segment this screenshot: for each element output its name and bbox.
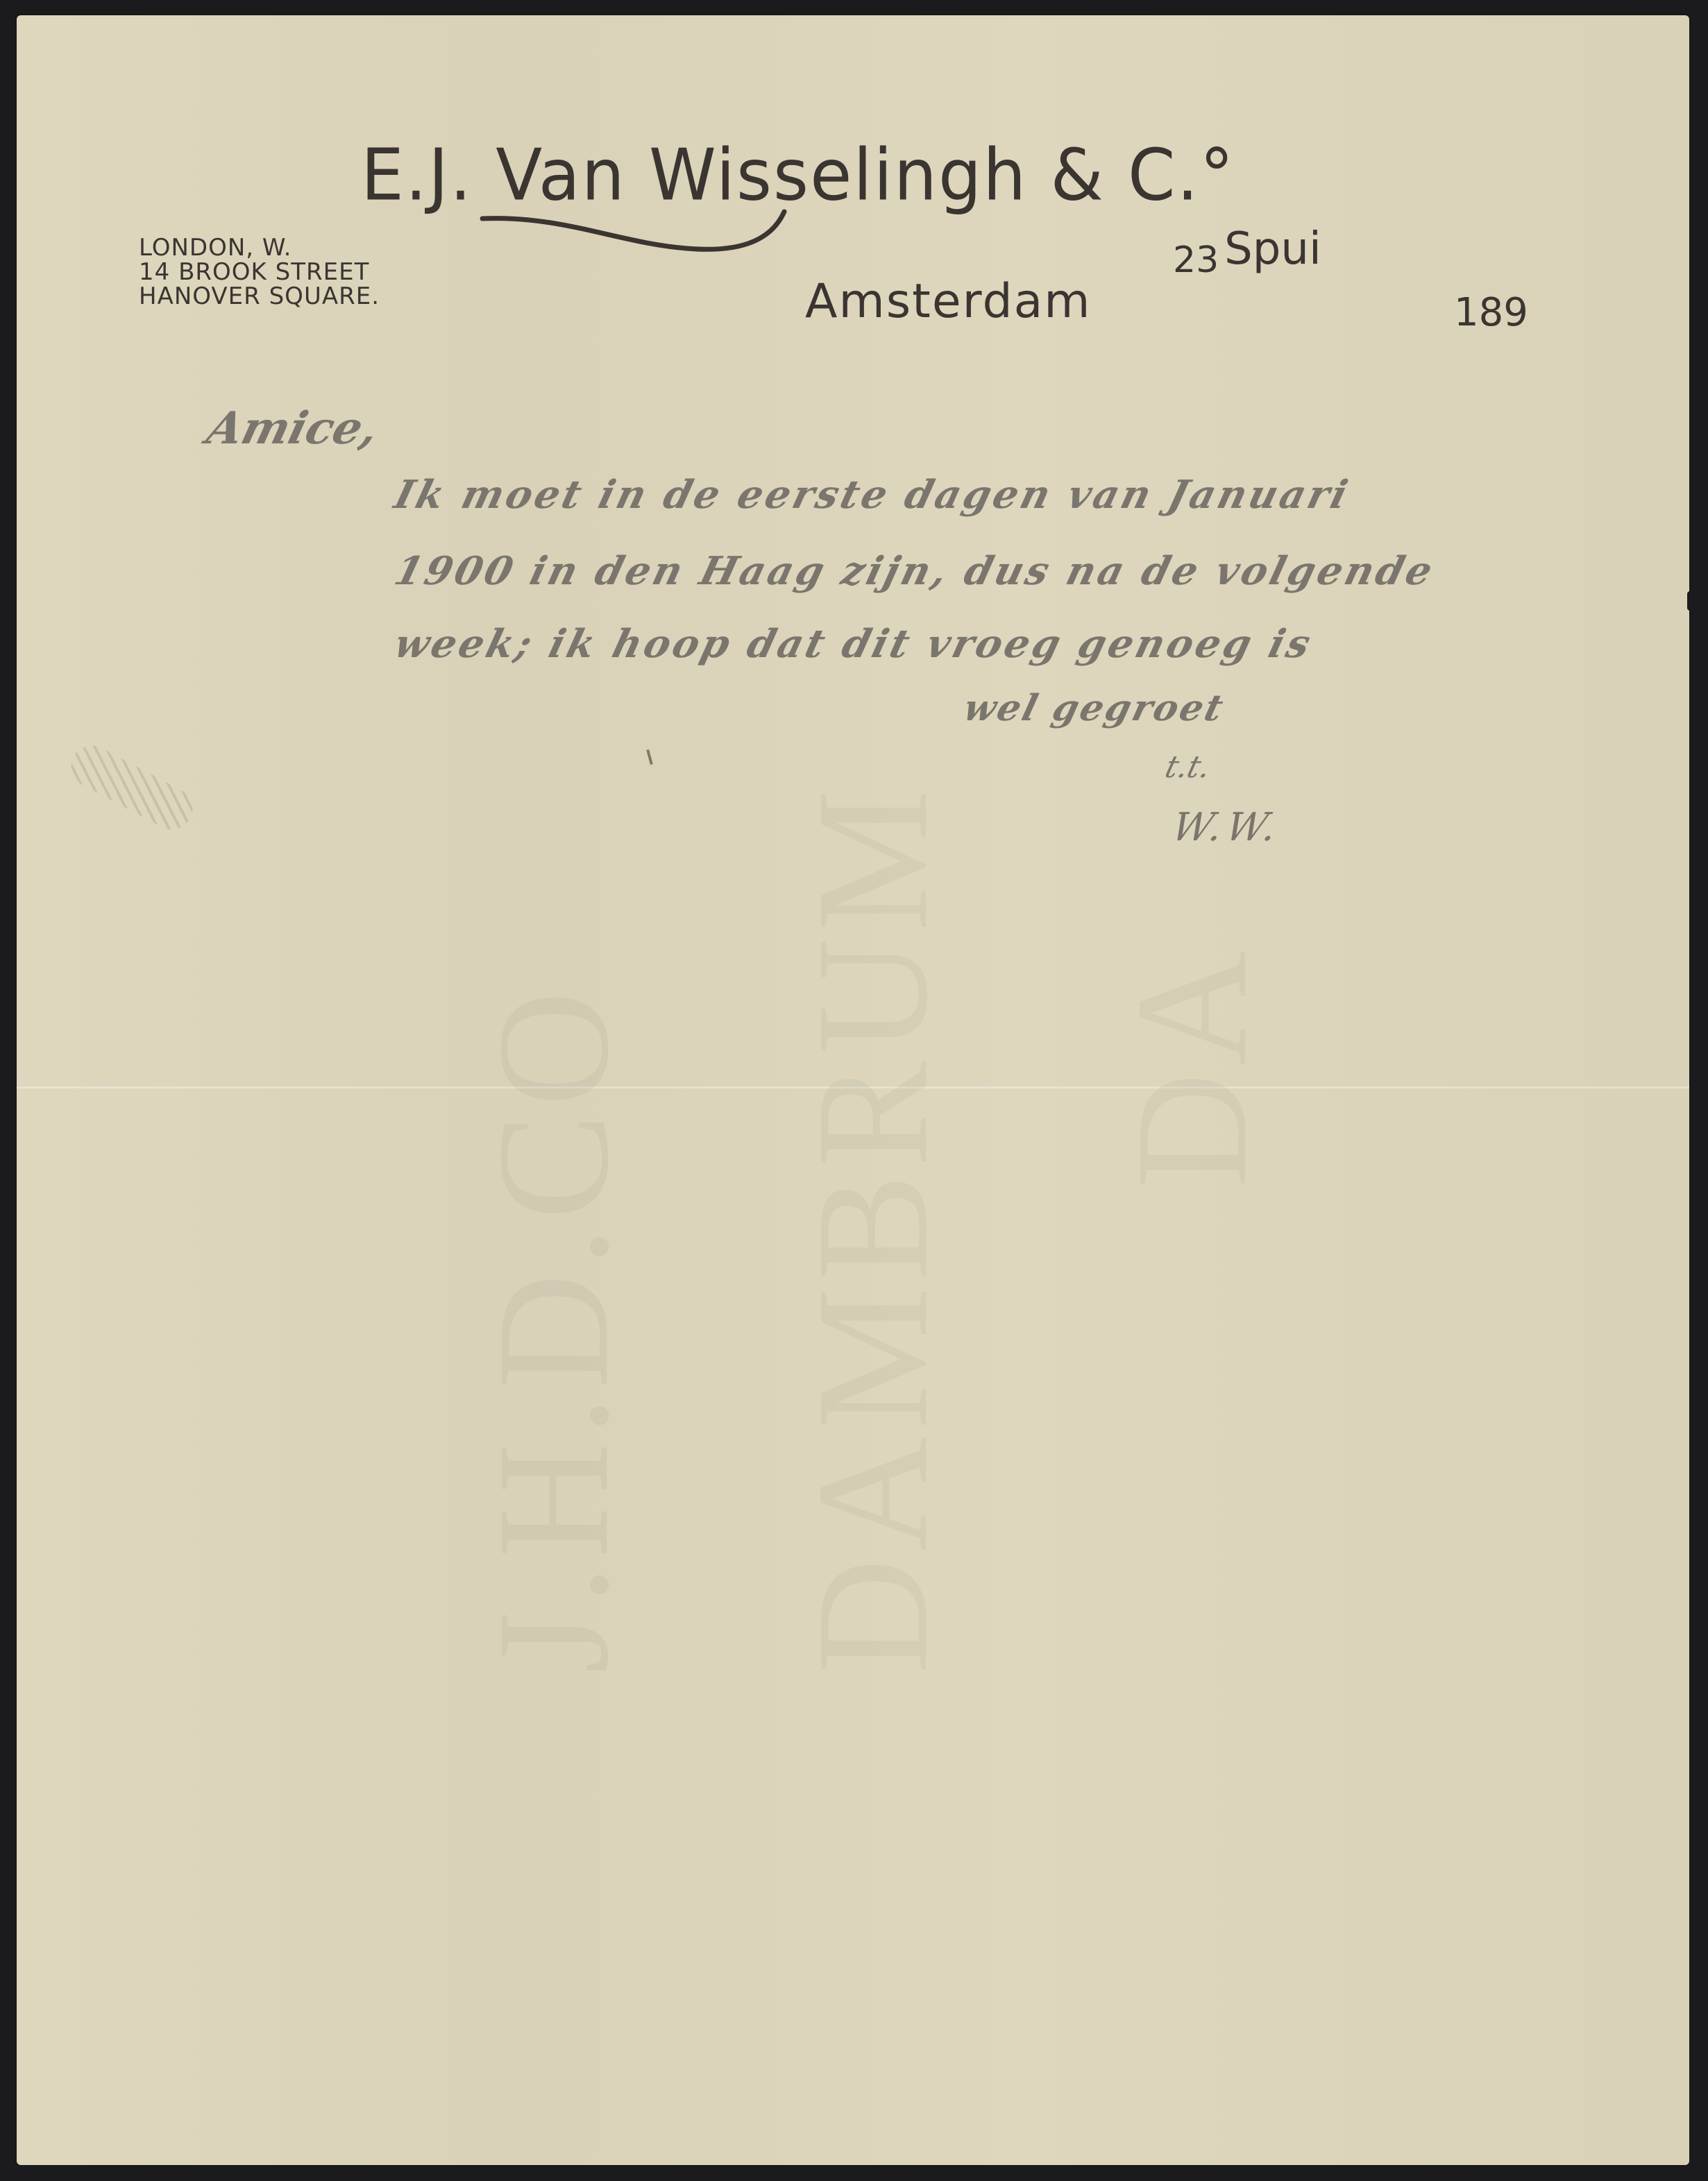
letter-closing: wel gegroet xyxy=(959,687,1229,729)
letterhead-year-prefix: 189 xyxy=(1454,290,1528,335)
street-name: Spui xyxy=(1224,223,1321,275)
letter-signature: W.W. xyxy=(1167,805,1286,850)
letterhead-london-address: LONDON, W. 14 BROOK STREET HANOVER SQUAR… xyxy=(139,236,380,309)
paper-edge-tear xyxy=(1687,591,1693,611)
watermark-left: J.H.D.CO xyxy=(461,984,645,1674)
letter-body-line-3: week; ik hoop dat dit vroeg genoeg is xyxy=(390,621,1318,667)
london-address-line-2: 14 BROOK STREET xyxy=(139,260,380,285)
letterhead-street-address: 23Spui xyxy=(1173,223,1321,275)
london-address-line-3: HANOVER SQUARE. xyxy=(139,285,380,309)
letter-body-line-1: Ik moet in de eerste dagen van Januari xyxy=(390,472,1355,518)
letterhead-company-name: E.J. Van Wisselingh & C.° xyxy=(361,134,1235,217)
watermark-center: DAMBRUM xyxy=(780,783,964,1674)
london-address-line-1: LONDON, W. xyxy=(139,236,380,260)
letterhead-city: Amsterdam xyxy=(805,274,1092,329)
letter-closing-mark: t.t. xyxy=(1162,749,1215,785)
letterhead-flourish-icon xyxy=(479,208,791,257)
letter-salutation: Amice, xyxy=(202,402,384,455)
letter-sheet: J.H.D.CO DAMBRUM DA xyxy=(17,15,1689,2165)
letter-body-line-2: 1900 in den Haag zijn, dus na de volgend… xyxy=(390,548,1440,594)
street-number: 23 xyxy=(1173,239,1219,281)
watermark-right: DA xyxy=(1099,944,1283,1188)
